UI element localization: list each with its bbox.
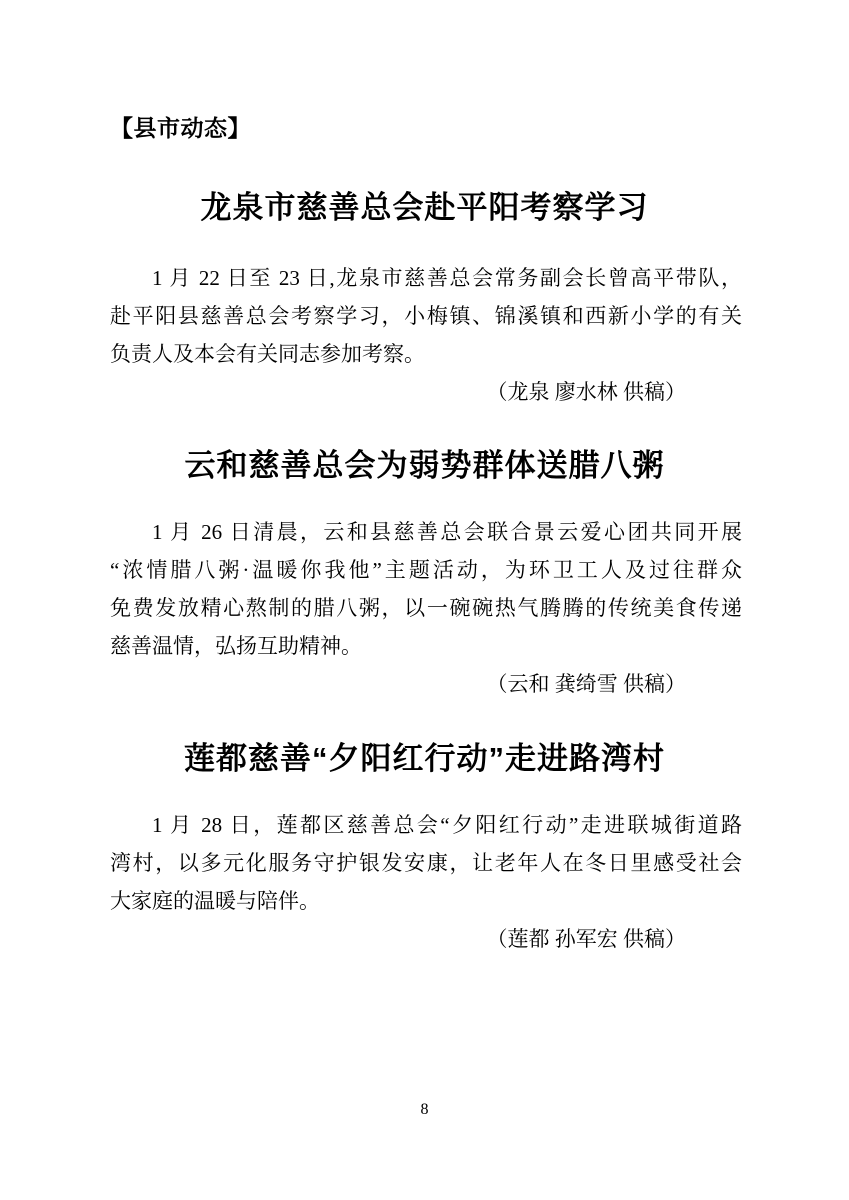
body-line: 1 月 28 日，莲都区慈善总会“夕阳红行动”走进联城街道路 bbox=[110, 806, 742, 844]
article-2-body: 1 月 26 日清晨，云和县慈善总会联合景云爱心团共同开展 “浓情腊八粥·温暖你… bbox=[110, 513, 742, 703]
body-line: 慈善温情，弘扬互助精神。 bbox=[110, 627, 742, 665]
article-1-title: 龙泉市慈善总会赴平阳考察学习 bbox=[0, 186, 849, 230]
article-1-attribution: （龙泉 廖水林 供稿） bbox=[110, 373, 742, 411]
body-line: 湾村，以多元化服务守护银发安康，让老年人在冬日里感受社会 bbox=[110, 844, 742, 882]
article-2-attribution: （云和 龚绮雪 供稿） bbox=[110, 665, 742, 703]
article-3-attribution: （莲都 孙军宏 供稿） bbox=[110, 920, 742, 958]
article-3-title: 莲都慈善“夕阳红行动”走进路湾村 bbox=[0, 737, 849, 781]
body-line: 1 月 22 日至 23 日,龙泉市慈善总会常务副会长曾高平带队， bbox=[110, 259, 742, 297]
page-number: 8 bbox=[0, 1100, 849, 1120]
body-line: 1 月 26 日清晨，云和县慈善总会联合景云爱心团共同开展 bbox=[110, 513, 742, 551]
section-heading: 【县市动态】 bbox=[110, 112, 251, 144]
body-line: “浓情腊八粥·温暖你我他”主题活动，为环卫工人及过往群众 bbox=[110, 551, 742, 589]
document-page: 【县市动态】 龙泉市慈善总会赴平阳考察学习 1 月 22 日至 23 日,龙泉市… bbox=[0, 0, 849, 1200]
article-3-body: 1 月 28 日，莲都区慈善总会“夕阳红行动”走进联城街道路 湾村，以多元化服务… bbox=[110, 806, 742, 958]
article-2-title: 云和慈善总会为弱势群体送腊八粥 bbox=[0, 444, 849, 488]
body-line: 大家庭的温暖与陪伴。 bbox=[110, 882, 742, 920]
body-line: 免费发放精心熬制的腊八粥，以一碗碗热气腾腾的传统美食传递 bbox=[110, 589, 742, 627]
body-line: 赴平阳县慈善总会考察学习，小梅镇、锦溪镇和西新小学的有关 bbox=[110, 297, 742, 335]
article-1-body: 1 月 22 日至 23 日,龙泉市慈善总会常务副会长曾高平带队， 赴平阳县慈善… bbox=[110, 259, 742, 411]
body-line: 负责人及本会有关同志参加考察。 bbox=[110, 335, 742, 373]
